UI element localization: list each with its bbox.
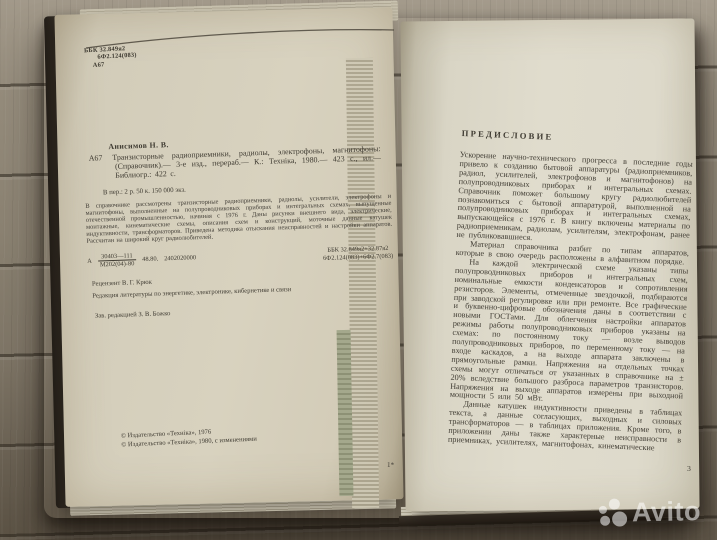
page-number: 3	[687, 464, 691, 473]
signature-mark: 1*	[387, 461, 394, 469]
code-suffix: 48.80.	[142, 252, 158, 264]
bbk-classification-block: ББК 32.849я2 6Ф2.124(083) А67	[84, 45, 137, 70]
catalog-index: А67	[89, 153, 103, 162]
code-number: 2402020000	[164, 250, 196, 262]
publishing-code-row: А 30403—111 М202(04)-80 48.80. 240202000…	[87, 244, 393, 270]
annotation-text: В справочнике рассмотрены транзисторные …	[85, 193, 392, 245]
catalog-code-fraction: 30403—111 М202(04)-80	[98, 252, 137, 268]
managing-editor-line: Зав. редакцией З. В. Божко	[95, 310, 171, 319]
preface-paragraph: На каждой электрической схеме указаны ти…	[450, 258, 689, 410]
price-line: В пер.: 2 р. 50 к. 150 000 экз.	[103, 187, 186, 197]
reviewer-line: Рецензент В. Г. Крюк	[92, 279, 152, 288]
code-denominator: М202(04)-80	[98, 260, 137, 268]
watermark-label: Avito	[632, 496, 702, 528]
left-page-content: ББК 32.849я2 6Ф2.124(083) А67 Анисимов Н…	[80, 35, 407, 497]
avito-watermark: Avito	[599, 496, 702, 529]
copyright-block: © Издательство «Техніка», 1976 © Издател…	[121, 427, 257, 450]
bbk-sum-line: 6Ф2.124(083)+6Ф2.7(083)	[323, 252, 393, 262]
author-name: Анисимов Н. В.	[108, 140, 169, 151]
bbk-sum-block: ББК 32.849я2+32.87я2 6Ф2.124(083)+6Ф2.7(…	[323, 244, 394, 263]
book-photo: ББК 32.849я2 6Ф2.124(083) А67 Анисимов Н…	[0, 0, 717, 540]
avito-logo-icon	[599, 498, 629, 529]
editorial-line: Редакция литературы по энергетике, элект…	[92, 285, 330, 300]
right-page-content: ПРЕДИСЛОВИЕ Ускорение научно-техническог…	[448, 128, 694, 454]
bbk-line: А67	[85, 59, 138, 69]
preface-paragraph: Ускорение научно-технического прогресса …	[456, 151, 693, 250]
code-prefix: А	[87, 254, 92, 265]
